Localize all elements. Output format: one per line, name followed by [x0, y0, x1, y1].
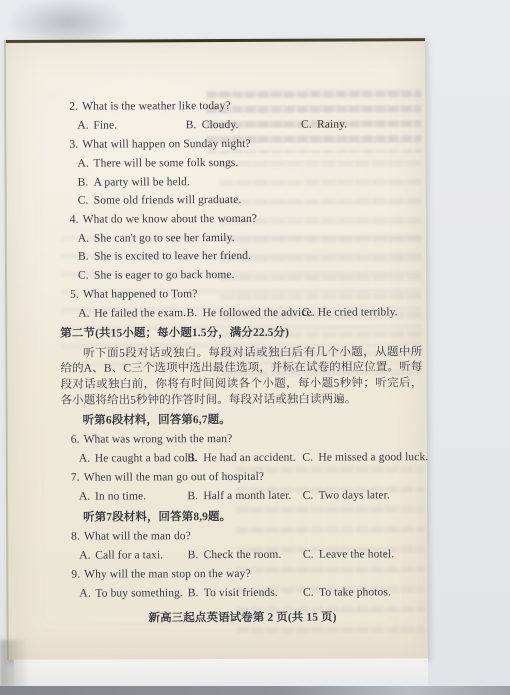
- question-2-stem: 2.What is the weather like today?: [59, 96, 421, 117]
- underlying-page-edge: [14, 658, 428, 688]
- question-6-number: 6.: [71, 433, 80, 445]
- question-4-option-c: C.She is eager to go back home.: [60, 265, 422, 285]
- question-7-number: 7.: [71, 471, 80, 483]
- question-2-option-b: B.Cloudy.: [186, 116, 301, 136]
- question-3-option-b: B.A party will be held.: [60, 172, 422, 192]
- question-4: 4.What do we know about the woman? A.She…: [60, 209, 422, 285]
- question-2-option-c: C.Rainy.: [301, 115, 421, 135]
- bottom-left-shadow: [0, 640, 30, 688]
- question-5-option-c: C.He cried terribly.: [302, 303, 422, 323]
- question-4-stem: 4.What do we know about the woman?: [60, 209, 422, 230]
- exam-paper: 2.What is the weather like today? A.Fine…: [4, 38, 428, 660]
- question-5-option-a: A.He failed the exam.: [78, 304, 186, 323]
- question-6-option-a: A.He caught a bad cold.: [79, 449, 187, 468]
- question-9: 9.Why will the man stop on the way? A.To…: [61, 564, 423, 604]
- question-8: 8.What will the man do? A.Call for a tax…: [61, 526, 423, 566]
- question-3-stem: 3.What will happen on Sunday night?: [59, 134, 421, 155]
- question-9-options: A.To buy something. B.To visit friends. …: [61, 583, 423, 604]
- question-5-option-b: B.He followed the advice.: [187, 303, 302, 323]
- question-2: 2.What is the weather like today? A.Fine…: [59, 96, 421, 136]
- question-2-option-a: A.Fine.: [77, 116, 185, 135]
- scan-bottom-edge: [0, 686, 510, 695]
- question-8-option-a: A.Call for a taxi.: [79, 546, 187, 565]
- question-2-text: What is the weather like today?: [82, 100, 230, 113]
- page-number-footer: 新高三起点英语试卷第 2 页(共 15 页): [61, 608, 423, 626]
- question-6-option-b: B.He had an accident.: [187, 448, 302, 468]
- question-9-option-c: C.To take photos.: [303, 583, 423, 603]
- question-9-option-b: B.To visit friends.: [188, 583, 303, 603]
- question-5-options: A.He failed the exam. B.He followed the …: [60, 303, 422, 324]
- question-8-number: 8.: [71, 530, 80, 542]
- question-5-text: What happened to Tom?: [83, 288, 198, 300]
- question-9-text: Why will the man stop on the way?: [84, 568, 251, 581]
- question-5-number: 5.: [70, 288, 79, 300]
- question-4-text: What do we know about the woman?: [83, 213, 257, 226]
- exam-content: 2.What is the weather like today? A.Fine…: [59, 96, 423, 625]
- question-3: 3.What will happen on Sunday night? A.Th…: [59, 134, 421, 210]
- question-5: 5.What happened to Tom? A.He failed the …: [60, 284, 422, 324]
- question-3-option-c: C.Some old friends will graduate.: [60, 190, 422, 210]
- question-4-option-a: A.She can't go to see her family.: [60, 228, 422, 248]
- question-2-options: A.Fine. B.Cloudy. C.Rainy.: [59, 115, 421, 136]
- question-6-stem: 6.What was wrong with the man?: [61, 429, 423, 450]
- question-8-option-b: B.Check the room.: [188, 545, 303, 565]
- question-5-stem: 5.What happened to Tom?: [60, 284, 422, 305]
- page-edge-shadow: [6, 38, 425, 43]
- section-2-heading: 第二节(共15小题；每小题1.5分，满分22.5分): [60, 323, 422, 344]
- question-7-option-c: C.Two days later.: [303, 486, 423, 506]
- question-9-number: 9.: [71, 568, 80, 580]
- question-4-number: 4.: [70, 213, 79, 225]
- question-4-option-b: B.She is excited to leave her friend.: [60, 247, 422, 267]
- question-6-option-c: C.He missed a good luck.: [302, 448, 422, 468]
- material-6-prompt: 听第6段材料，回答第6,7题。: [61, 410, 423, 431]
- question-6: 6.What was wrong with the man? A.He caug…: [61, 429, 423, 469]
- question-7: 7.When will the man go out of hospital? …: [61, 467, 423, 507]
- question-6-options: A.He caught a bad cold. B.He had an acci…: [61, 448, 423, 469]
- question-8-option-c: C.Leave the hotel.: [303, 545, 423, 565]
- question-8-text: What will the man do?: [84, 530, 191, 542]
- question-9-stem: 9.Why will the man stop on the way?: [61, 564, 423, 585]
- question-7-option-b: B.Half a month later.: [187, 486, 302, 506]
- question-9-option-a: A.To buy something.: [79, 584, 187, 603]
- question-7-stem: 7.When will the man go out of hospital?: [61, 467, 423, 488]
- question-3-text: What will happen on Sunday night?: [82, 138, 250, 151]
- question-7-options: A.In no time. B.Half a month later. C.Tw…: [61, 486, 423, 507]
- question-3-option-a: A.There will be some folk songs.: [60, 153, 422, 173]
- question-8-options: A.Call for a taxi. B.Check the room. C.L…: [61, 545, 423, 566]
- scanned-exam-page: 2.What is the weather like today? A.Fine…: [0, 0, 510, 695]
- question-3-number: 3.: [69, 139, 78, 151]
- section-2-instructions: 听下面5段对话或独白。每段对话或独白后有几个小题，从题中所给的A、B、C三个选项…: [60, 345, 422, 410]
- material-7-prompt: 听第7段材料，回答第8,9题。: [61, 507, 423, 528]
- question-7-text: When will the man go out of hospital?: [84, 471, 264, 484]
- question-6-text: What was wrong with the man?: [84, 433, 233, 446]
- question-8-stem: 8.What will the man do?: [61, 526, 423, 547]
- question-7-option-a: A.In no time.: [79, 487, 187, 506]
- question-2-number: 2.: [69, 101, 78, 113]
